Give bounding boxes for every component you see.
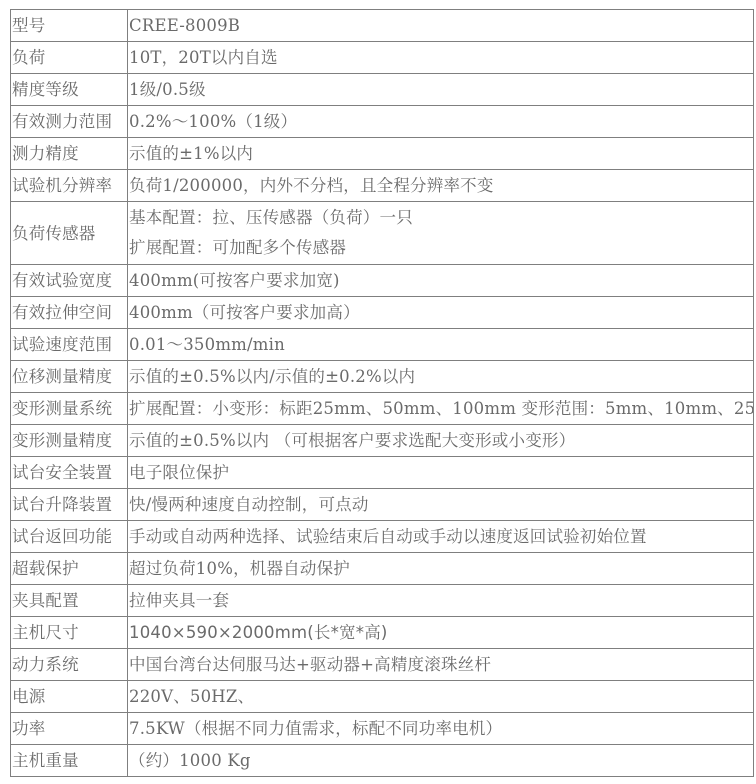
table-row-dimensions: 主机尺寸 1040×590×2000mm(长*宽*高) <box>11 617 754 649</box>
table-row-weight: 主机重量 （约）1000 Kg <box>11 745 754 777</box>
row-label: 试台安全装置 <box>11 457 128 489</box>
row-value: CREE-8009B <box>128 10 754 42</box>
row-label: 试台升降装置 <box>11 489 128 521</box>
row-label: 试验机分辨率 <box>11 170 128 202</box>
row-label: 主机重量 <box>11 745 128 777</box>
row-label: 测力精度 <box>11 138 128 170</box>
row-value: 10T，20T以内自选 <box>128 42 754 74</box>
row-label: 有效试验宽度 <box>11 265 128 297</box>
row-value: （约）1000 Kg <box>128 745 754 777</box>
row-value: 快/慢两种速度自动控制，可点动 <box>128 489 754 521</box>
row-label: 位移测量精度 <box>11 361 128 393</box>
row-label: 变形测量精度 <box>11 425 128 457</box>
row-label: 主机尺寸 <box>11 617 128 649</box>
table-row-tensile-space: 有效拉伸空间 400mm（可按客户要求加高） <box>11 297 754 329</box>
row-label: 负荷传感器 <box>11 202 128 265</box>
row-value: 400mm（可按客户要求加高） <box>128 297 754 329</box>
table-row-speed-range: 试验速度范围 0.01～350mm/min <box>11 329 754 361</box>
row-value: 超过负荷10%，机器自动保护 <box>128 553 754 585</box>
row-value: 拉伸夹具一套 <box>128 585 754 617</box>
row-label: 变形测量系统 <box>11 393 128 425</box>
row-label: 试台返回功能 <box>11 521 128 553</box>
table-row-load: 负荷 10T，20T以内自选 <box>11 42 754 74</box>
row-label: 精度等级 <box>11 74 128 106</box>
row-value: 中国台湾台达伺服马达+驱动器+高精度滚珠丝杆 <box>128 649 754 681</box>
row-value: 电子限位保护 <box>128 457 754 489</box>
row-value: 示值的±1%以内 <box>128 138 754 170</box>
table-row-load-sensor: 负荷传感器 基本配置：拉、压传感器（负荷）一只 扩展配置：可加配多个传感器 <box>11 202 754 265</box>
table-row-return-function: 试台返回功能 手动或自动两种选择、试验结束后自动或手动以速度返回试验初始位置 <box>11 521 754 553</box>
row-value: 1040×590×2000mm(长*宽*高) <box>128 617 754 649</box>
table-row-deformation-accuracy: 变形测量精度 示值的±0.5%以内 （可根据客户要求选配大变形或小变形） <box>11 425 754 457</box>
table-row-deformation-system: 变形测量系统 扩展配置：小变形：标距25mm、50mm、100mm 变形范围：5… <box>11 393 754 425</box>
row-value: 220V、50HZ、 <box>128 681 754 713</box>
row-label: 型号 <box>11 10 128 42</box>
row-value: 示值的±0.5%以内 （可根据客户要求选配大变形或小变形） <box>128 425 754 457</box>
row-label: 有效测力范围 <box>11 106 128 138</box>
row-value: 400mm(可按客户要求加宽) <box>128 265 754 297</box>
spec-table: 型号 CREE-8009B 负荷 10T，20T以内自选 精度等级 1级/0.5… <box>10 9 754 777</box>
table-row-safety-device: 试台安全装置 电子限位保护 <box>11 457 754 489</box>
table-row-resolution: 试验机分辨率 负荷1/200000，内外不分档，且全程分辨率不变 <box>11 170 754 202</box>
row-label: 负荷 <box>11 42 128 74</box>
row-label: 动力系统 <box>11 649 128 681</box>
row-label: 有效拉伸空间 <box>11 297 128 329</box>
row-value: 示值的±0.5%以内/示值的±0.2%以内 <box>128 361 754 393</box>
row-value: 手动或自动两种选择、试验结束后自动或手动以速度返回试验初始位置 <box>128 521 754 553</box>
row-value-line: 基本配置：拉、压传感器（负荷）一只 <box>129 203 753 233</box>
table-row-displacement-accuracy: 位移测量精度 示值的±0.5%以内/示值的±0.2%以内 <box>11 361 754 393</box>
row-value: 负荷1/200000，内外不分档，且全程分辨率不变 <box>128 170 754 202</box>
table-row-lift-device: 试台升降装置 快/慢两种速度自动控制，可点动 <box>11 489 754 521</box>
row-value: 1级/0.5级 <box>128 74 754 106</box>
row-value: 扩展配置：小变形：标距25mm、50mm、100mm 变形范围：5mm、10mm… <box>128 393 754 425</box>
row-label: 试验速度范围 <box>11 329 128 361</box>
table-row-force-accuracy: 测力精度 示值的±1%以内 <box>11 138 754 170</box>
row-value: 0.01～350mm/min <box>128 329 754 361</box>
table-row-model: 型号 CREE-8009B <box>11 10 754 42</box>
table-row-power-rating: 功率 7.5KW（根据不同力值需求，标配不同功率电机） <box>11 713 754 745</box>
table-row-accuracy-class: 精度等级 1级/0.5级 <box>11 74 754 106</box>
table-row-force-range: 有效测力范围 0.2%～100%（1级） <box>11 106 754 138</box>
row-value-line: 扩展配置：可加配多个传感器 <box>129 233 753 263</box>
table-row-test-width: 有效试验宽度 400mm(可按客户要求加宽) <box>11 265 754 297</box>
table-row-power-system: 动力系统 中国台湾台达伺服马达+驱动器+高精度滚珠丝杆 <box>11 649 754 681</box>
table-row-power-supply: 电源 220V、50HZ、 <box>11 681 754 713</box>
row-label: 超载保护 <box>11 553 128 585</box>
table-row-fixture: 夹具配置 拉伸夹具一套 <box>11 585 754 617</box>
row-value: 基本配置：拉、压传感器（负荷）一只 扩展配置：可加配多个传感器 <box>128 202 754 265</box>
row-label: 功率 <box>11 713 128 745</box>
row-label: 电源 <box>11 681 128 713</box>
row-label: 夹具配置 <box>11 585 128 617</box>
table-row-overload-protection: 超载保护 超过负荷10%，机器自动保护 <box>11 553 754 585</box>
row-value: 7.5KW（根据不同力值需求，标配不同功率电机） <box>128 713 754 745</box>
row-value: 0.2%～100%（1级） <box>128 106 754 138</box>
